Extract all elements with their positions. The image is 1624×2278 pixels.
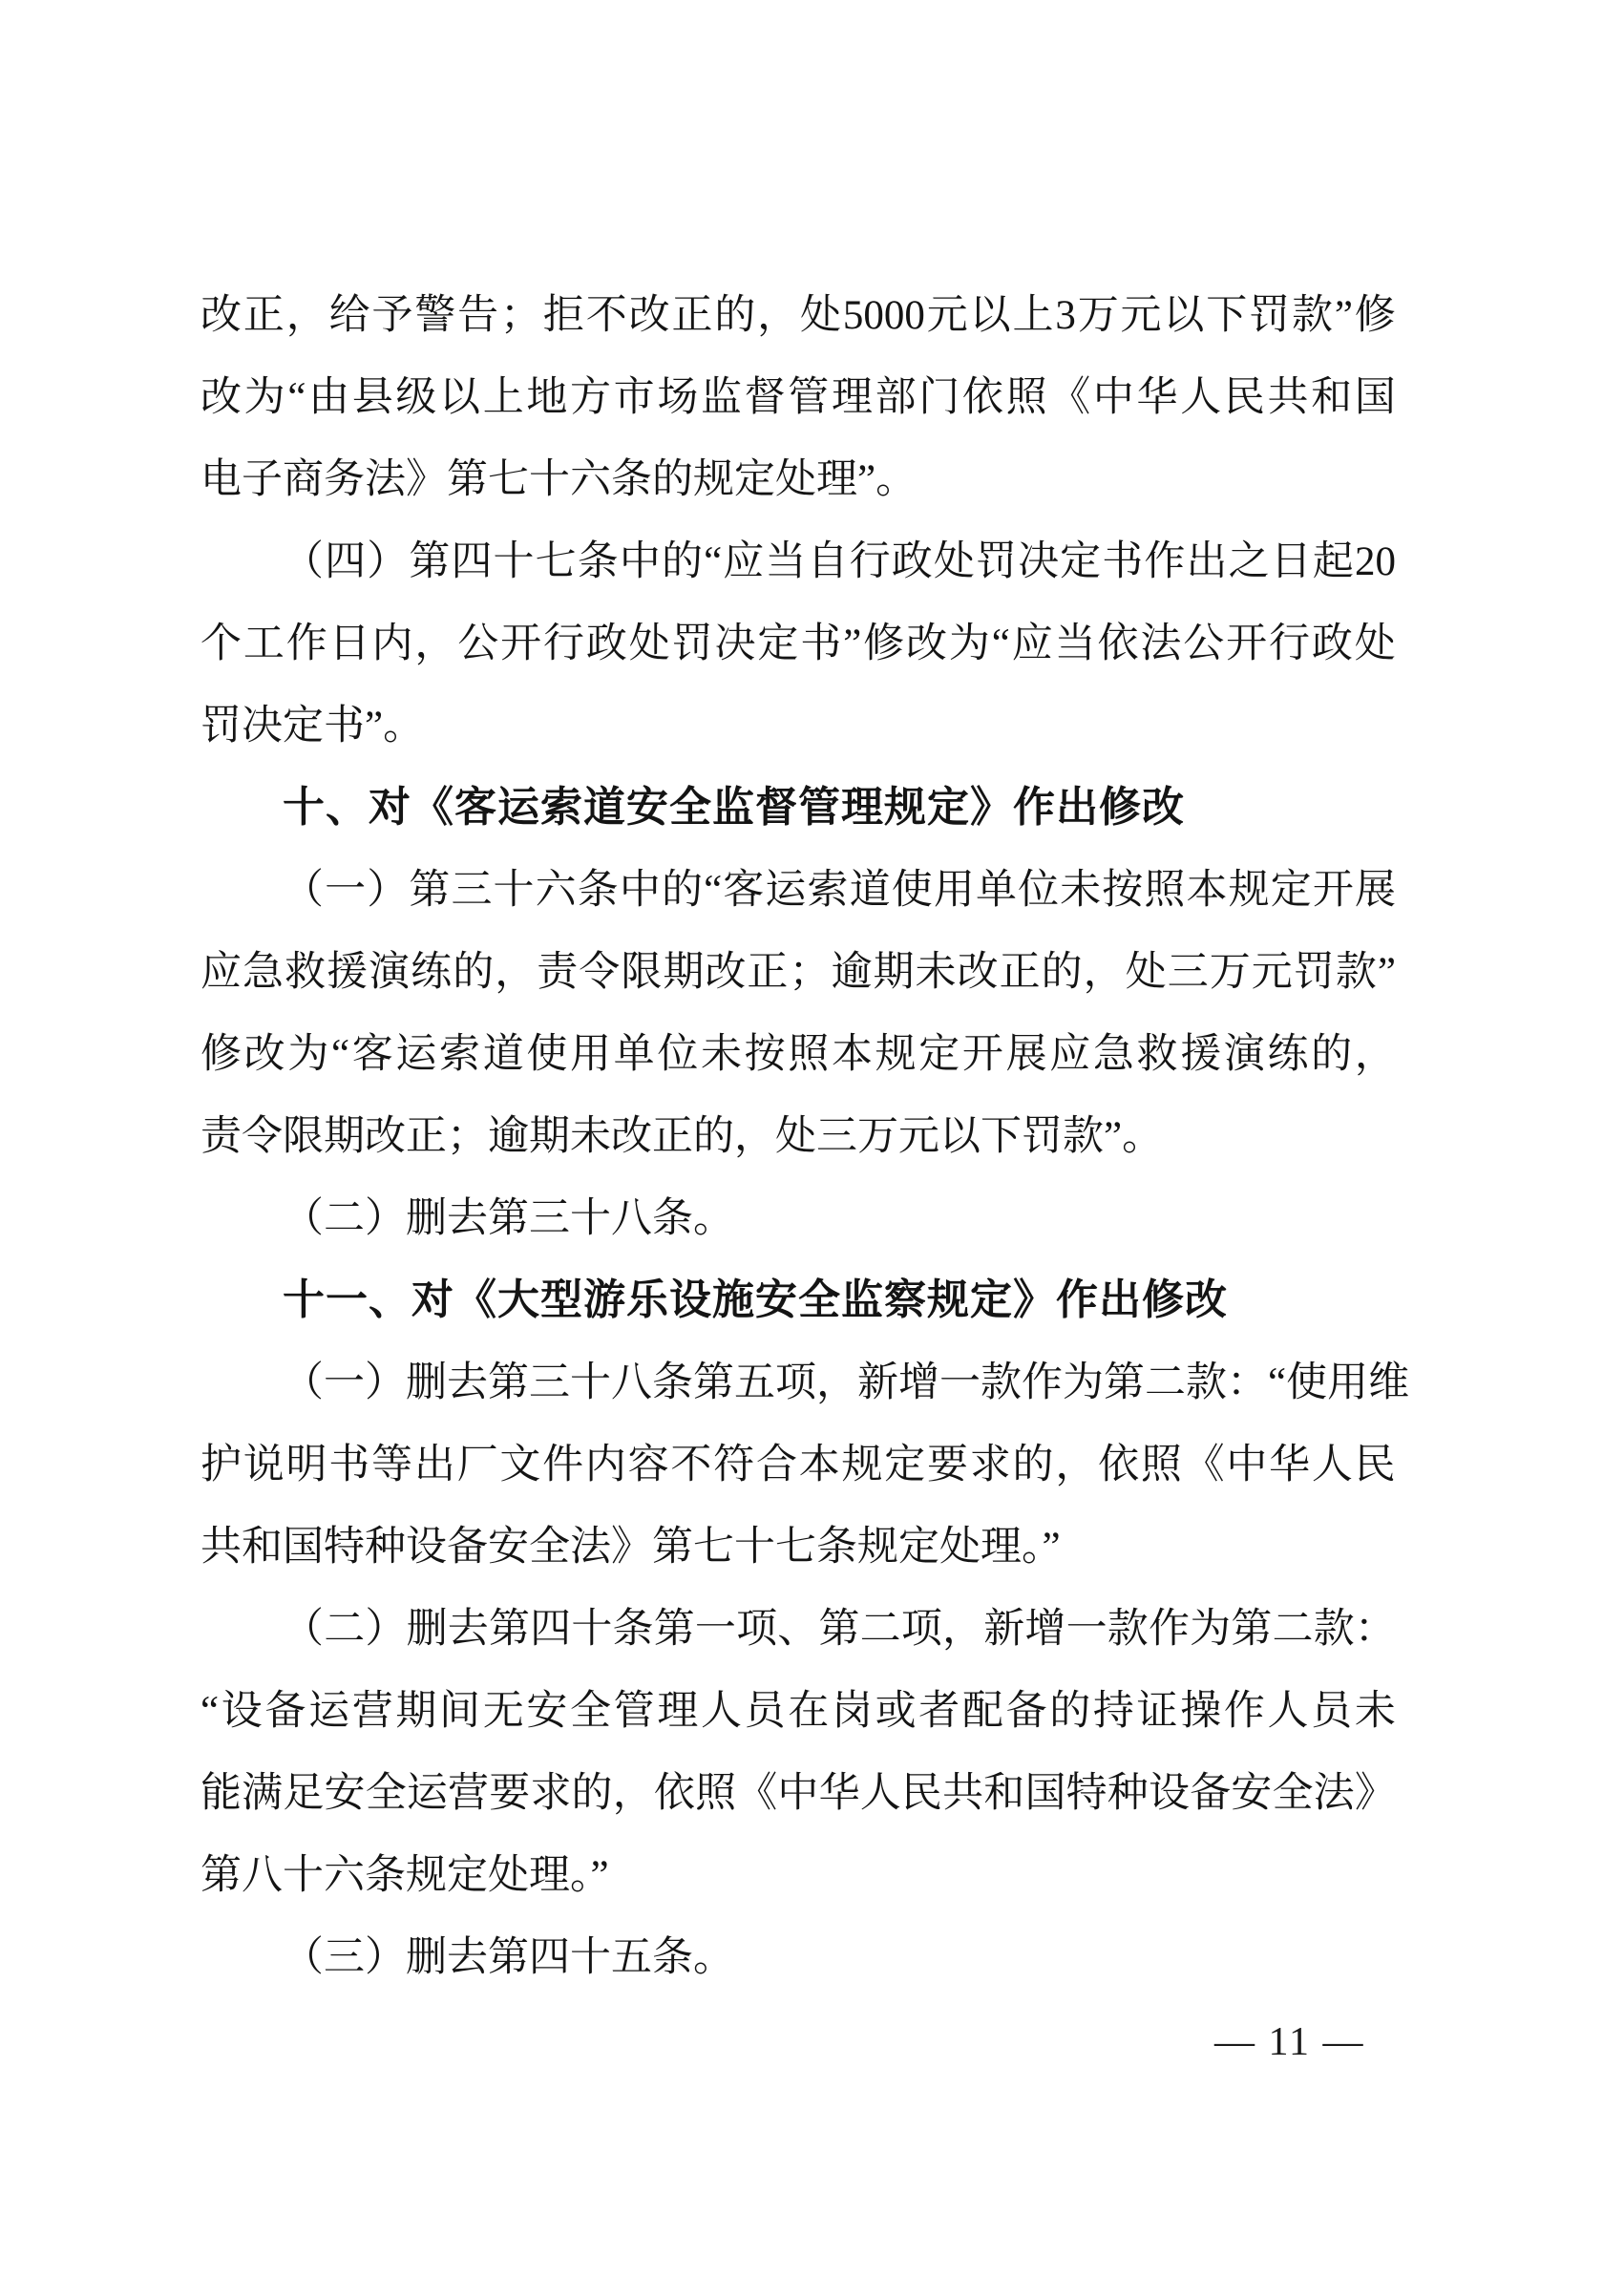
text-line: 电子商务法》第七十六条的规定处理”。	[200, 438, 1396, 520]
text-line: （一）第三十六条中的“客运索道使用单位未按照本规定开展	[200, 849, 1396, 931]
text-line: （三）删去第四十五条。	[200, 1916, 1396, 1998]
text-line: 改正，给予警告；拒不改正的，处5000元以上3万元以下罚款”修	[200, 274, 1396, 356]
text-line: （二）删去第四十条第一项、第二项，新增一款作为第二款：	[200, 1588, 1396, 1670]
document-body: 改正，给予警告；拒不改正的，处5000元以上3万元以下罚款”修 改为“由县级以上…	[200, 274, 1396, 1998]
text-line: （一）删去第三十八条第五项，新增一款作为第二款：“使用维	[200, 1341, 1396, 1424]
page-number: — 11 —	[1214, 2020, 1364, 2064]
text-line: （二）删去第三十八条。	[200, 1177, 1396, 1259]
text-line: 共和国特种设备安全法》第七十七条规定处理。”	[200, 1506, 1396, 1588]
text-line: 护说明书等出厂文件内容不符合本规定要求的，依照《中华人民	[200, 1424, 1396, 1506]
text-line: 个工作日内，公开行政处罚决定书”修改为“应当依法公开行政处	[200, 602, 1396, 685]
text-line: 责令限期改正；逾期未改正的，处三万元以下罚款”。	[200, 1095, 1396, 1177]
text-line: 能满足安全运营要求的，依照《中华人民共和国特种设备安全法》	[200, 1752, 1396, 1834]
text-line: 修改为“客运索道使用单位未按照本规定开展应急救援演练的，	[200, 1013, 1396, 1095]
text-line: （四）第四十七条中的“应当自行政处罚决定书作出之日起20	[200, 520, 1396, 602]
text-line: 罚决定书”。	[200, 685, 1396, 767]
section-heading: 十一、对《大型游乐设施安全监察规定》作出修改	[200, 1259, 1396, 1341]
text-line: 应急救援演练的，责令限期改正；逾期未改正的，处三万元罚款”	[200, 931, 1396, 1013]
document-page: 改正，给予警告；拒不改正的，处5000元以上3万元以下罚款”修 改为“由县级以上…	[0, 0, 1624, 2278]
text-line: 改为“由县级以上地方市场监督管理部门依照《中华人民共和国	[200, 356, 1396, 438]
text-line: 第八十六条规定处理。”	[200, 1834, 1396, 1916]
section-heading: 十、对《客运索道安全监督管理规定》作出修改	[200, 767, 1396, 849]
text-line: “设备运营期间无安全管理人员在岗或者配备的持证操作人员未	[200, 1670, 1396, 1752]
